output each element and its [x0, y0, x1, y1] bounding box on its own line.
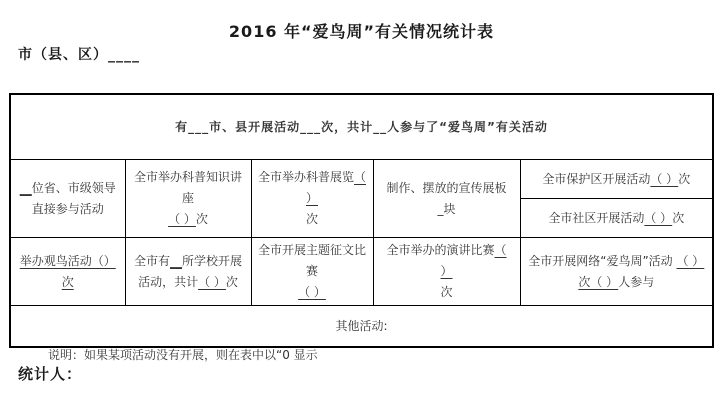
cell-online-activities: 全市开展网络“爱鸟周”活动 （ ）次（ ）人参与	[520, 238, 713, 306]
cell-essay-contest: 全市开展主题征文比赛（ ）	[251, 238, 373, 306]
text-part: 全市有	[134, 254, 170, 268]
text-part: 次	[306, 212, 318, 226]
cell-science-lectures: 全市举办科普知识讲座（ ）次	[125, 160, 251, 238]
text-part: _块	[437, 202, 455, 216]
blank-parens: （ ）	[168, 212, 196, 226]
text-part: 举办观鸟活动（）次	[20, 254, 116, 289]
banner-row: 有___市、县开展活动___次，共计__人参与了“爱鸟周”有关活动	[10, 94, 713, 160]
cell-community-activities: 全市社区开展活动（ ）次	[520, 199, 713, 238]
blank-parens: （ ）	[298, 285, 326, 299]
blank-parens: （ ）	[198, 275, 226, 289]
cell-birdwatching: 举办观鸟活动（）次	[10, 238, 125, 306]
region-blank-line: 市（县、区）____	[18, 44, 140, 64]
blank-parens: （ ）	[644, 211, 672, 225]
text-part: 全市开展网络“爱鸟周”活动	[528, 254, 676, 268]
text-part: 次	[678, 172, 690, 186]
cell-science-exhibitions: 全市举办科普展览（ ）次	[251, 160, 373, 238]
text-part: 全市保护区开展活动	[542, 172, 650, 186]
text-part: 全市举办的演讲比赛	[386, 243, 494, 257]
summary-banner-cell: 有___市、县开展活动___次，共计__人参与了“爱鸟周”有关活动	[10, 94, 713, 160]
text-part: 次	[196, 212, 208, 226]
text-part: 人参与	[618, 275, 654, 289]
cell-reserve-activities: 全市保护区开展活动（ ）次	[520, 160, 713, 199]
cell-display-boards: 制作、摆放的宣传展板_块	[373, 160, 520, 238]
text-part: 全市开展主题征文比赛	[258, 243, 366, 278]
page-title: 2016 年“爱鸟周”有关情况统计表	[0, 19, 723, 42]
stats-table: 有___市、县开展活动___次，共计__人参与了“爱鸟周”有关活动 __位省、市…	[9, 93, 714, 348]
cell-school-activities: 全市有__所学校开展活动，共计（ ）次	[125, 238, 251, 306]
text-part: 全市举办科普知识讲座	[134, 170, 242, 205]
blank-parens: 次（ ）	[578, 275, 618, 289]
text-part: 制作、摆放的宣传展板	[386, 181, 506, 195]
blank-underline: __	[20, 181, 32, 195]
activity-row-2: 举办观鸟活动（）次 全市有__所学校开展活动，共计（ ）次 全市开展主题征文比赛…	[10, 238, 713, 306]
cell-leaders-participation: __位省、市级领导直接参与活动	[10, 160, 125, 238]
text-part: 全市举办科普展览	[258, 170, 354, 184]
text-part: 次	[672, 211, 684, 225]
document-page: 2016 年“爱鸟周”有关情况统计表 市（县、区）____ 有___市、县开展活…	[0, 0, 723, 409]
text-part: 位省、市级领导直接参与活动	[32, 181, 116, 216]
text-part: 次	[440, 285, 452, 299]
statistician-line: 统计人：	[18, 363, 82, 384]
blank-underline: __	[170, 254, 182, 268]
blank-parens: （ ）	[650, 172, 678, 186]
activity-row-1: __位省、市级领导直接参与活动 全市举办科普知识讲座（ ）次 全市举办科普展览（…	[10, 160, 713, 199]
note-line: 说明：如果某项活动没有开展，则在表中以“0 显示	[48, 346, 318, 363]
text-part: 次	[226, 275, 238, 289]
other-activities-row: 其他活动:	[10, 306, 713, 348]
cell-speech-contest: 全市举办的演讲比赛（ ）次	[373, 238, 520, 306]
text-part: 全市社区开展活动	[548, 211, 644, 225]
cell-other-activities: 其他活动:	[10, 306, 713, 348]
blank-parens: （ ）	[676, 254, 704, 268]
